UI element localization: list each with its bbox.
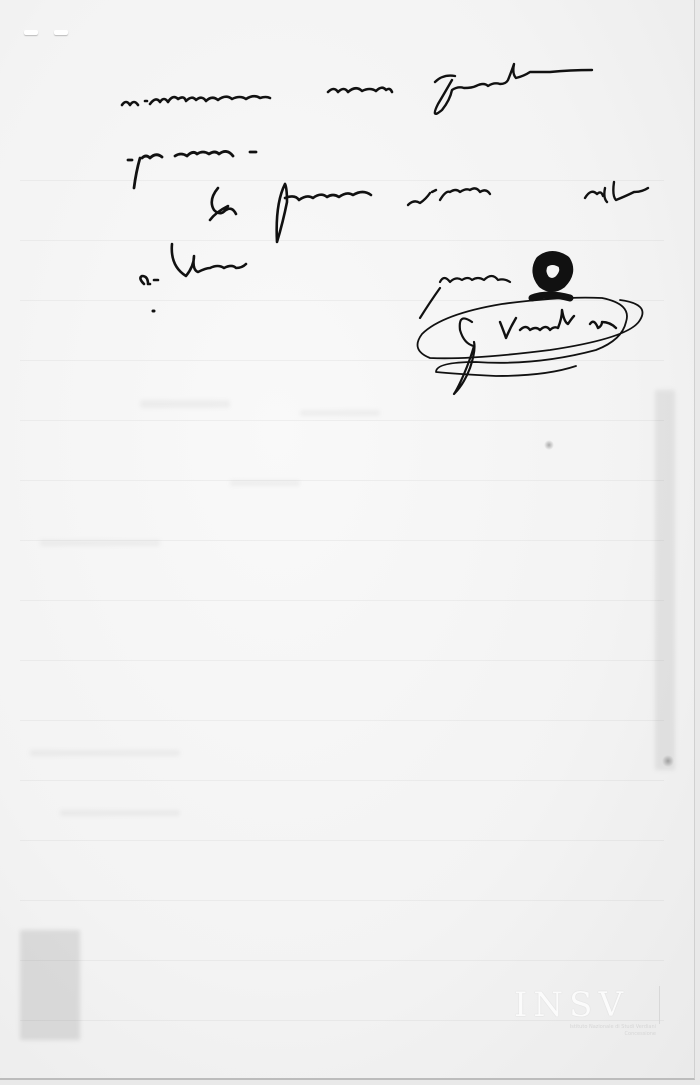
handwriting [0,0,700,420]
letter-page: mentre una seconda opera. Le stretta di … [0,0,695,1080]
watermark-logo: INSV [514,986,660,1024]
insv-watermark: INSV Istituto Nazionale di Studi Verdian… [514,986,660,1044]
ink-spot [544,440,554,450]
watermark-subtitle: Istituto Nazionale di Studi Verdiani [514,1024,660,1031]
ink-spot [662,755,674,767]
watermark-subtitle-2: Concessione [514,1031,660,1038]
